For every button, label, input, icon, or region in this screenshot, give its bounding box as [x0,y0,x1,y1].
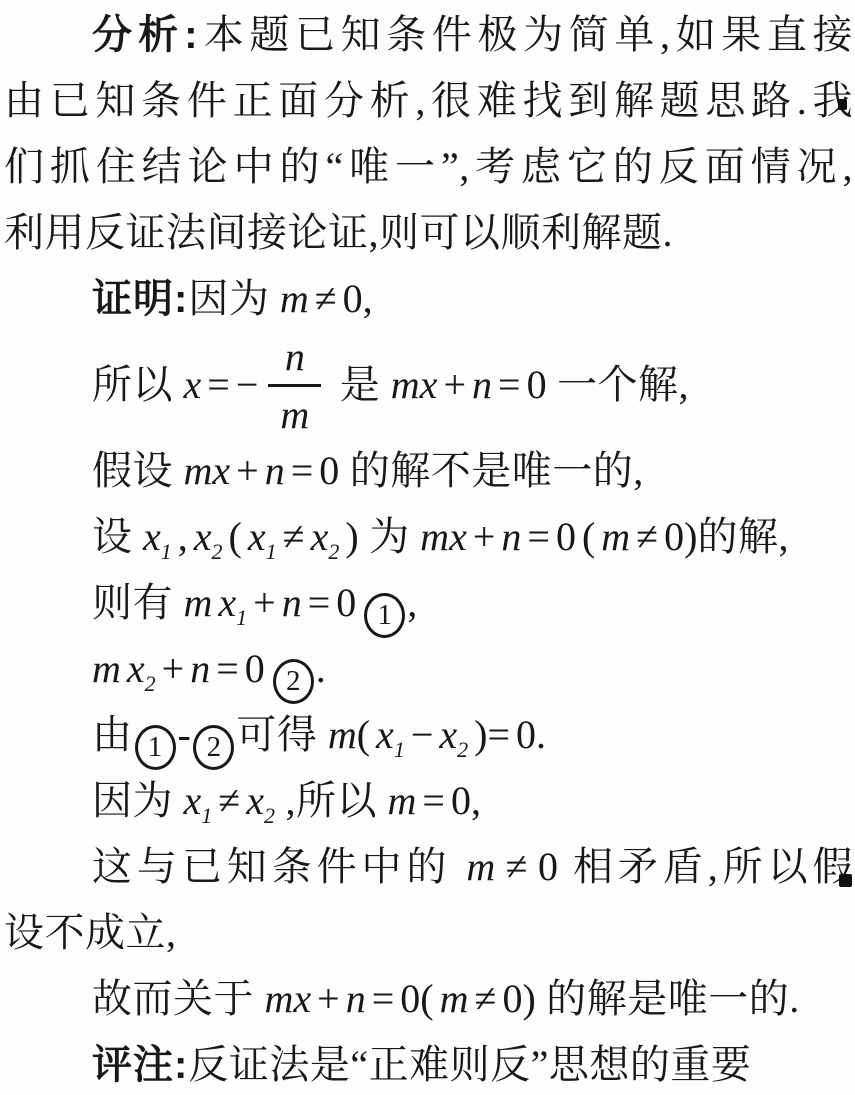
fraction-numerator: n [268,337,321,384]
math-expression: m ≠ 0 [466,844,558,889]
circled-number-1: 1 [135,725,176,770]
subscript: 2 [145,671,156,696]
section-header: 证明: [92,277,188,321]
math-expression: m( x1 − x2 )= 0 [328,712,536,757]
proof-line-2: 所以 x = − nm 是 mx + n = 0 一个解, [0,332,855,438]
text-run: 由 [92,712,133,757]
proof-document: 分析:本题已知条件极为简单,如果直接由已知条件正面分析,很难找到解题思路.我们抓… [0,2,855,1095]
text-run: . [316,646,327,691]
text-run: 们抓住结论中的“唯一”,考虑它的反面情况, [4,144,853,189]
subscript: 2 [328,539,339,564]
text-run: 的解是唯一的. [536,976,800,1021]
analysis-line-3: 们抓住结论中的“唯一”,考虑它的反面情况, [0,134,855,200]
text-run: , [471,778,482,823]
proof-line-6: m x2 + n = 0 2. [0,636,855,702]
math-expression: mx + n = 0( m ≠ 0) [265,976,536,1021]
circled-number-2: 2 [193,725,234,770]
text-run: ,所以 [275,778,388,823]
subscript: 1 [266,539,277,564]
analysis-line-2: 由已知条件正面分析,很难找到解题思路.我 [0,68,855,134]
text-run: , [363,276,374,321]
analysis-line-1: 分析:本题已知条件极为简单,如果直接 [0,2,855,68]
proof-line-9: 这与已知条件中的 m ≠ 0 相矛盾,所以假 [0,834,855,900]
subscript: 2 [457,737,468,762]
text-run: 是 [329,362,391,407]
math-expression: m x1 + n = 0 [184,580,363,625]
math-expression: m ≠ 0 [280,276,363,321]
proof-line-4: 设 x1 , x2 ( x1 ≠ x2 ) 为 mx + n = 0 ( m ≠… [0,504,855,570]
proof-line-1: 证明:因为 m ≠ 0, [0,266,855,332]
scan-artifact [839,874,852,887]
proof-line-8: 因为 x1 ≠ x2 ,所以 m = 0, [0,768,855,834]
math-expression: m = 0 [387,778,470,823]
text-run: 的解不是唯一的, [339,448,644,493]
text-run: 一个解, [547,362,690,407]
text-run: , [407,580,418,625]
text-run: - [178,712,192,757]
math-expression: m x2 + n = 0 [92,646,271,691]
section-header: 分析: [92,13,199,57]
subscript: 2 [212,539,223,564]
remark-line-1: 评注:反证法是“正难则反”思想的重要 [0,1032,855,1095]
text-run: 相矛盾,所以假 [558,844,853,889]
text-run: 的解, [697,514,789,559]
text-run: 设 [92,514,143,559]
text-run: 所以 [92,362,184,407]
circled-number-2: 2 [273,659,314,704]
proof-line-10: 设不成立, [0,900,855,966]
subscript: 1 [236,605,247,630]
text-run: 可得 [236,712,328,757]
proof-line-11: 故而关于 mx + n = 0( m ≠ 0) 的解是唯一的. [0,966,855,1032]
proof-line-5: 则有 m x1 + n = 0 1, [0,570,855,636]
analysis-line-4: 利用反证法间接论证,则可以顺利解题. [0,200,855,266]
scan-artifact [838,99,847,110]
section-header: 评注: [92,1043,188,1087]
subscript: 1 [201,803,212,828]
subscript: 1 [161,539,172,564]
math-expression: mx + n = 0 [391,362,547,407]
math-expression: mx + n = 0 ( m ≠ 0) [420,514,697,559]
text-run: 因为 [92,778,184,823]
text-run: 由已知条件正面分析,很难找到解题思路.我 [4,78,853,123]
text-run: 为 [359,514,421,559]
proof-line-3: 假设 mx + n = 0 的解不是唯一的, [0,438,855,504]
text-run: 这与已知条件中的 [92,844,466,889]
text-run: . [536,712,547,757]
math-expression: x = − [184,362,265,407]
math-expression: mx + n = 0 [184,448,340,493]
proof-line-7: 由1-2可得 m( x1 − x2 )= 0. [0,702,855,768]
text-run: 则有 [92,580,184,625]
math-expression: x1 ≠ x2 [184,778,275,823]
text-run: 反证法是“正难则反”思想的重要 [188,1042,751,1087]
text-run: 假设 [92,448,184,493]
subscript: 1 [394,737,405,762]
text-run: 因为 [188,276,280,321]
text-run: 本题已知条件极为简单,如果直接 [199,12,853,57]
text-run: 故而关于 [92,976,265,1021]
fraction-denominator: m [268,384,321,435]
fraction-n-over-m: nm [268,337,321,435]
text-run: 设不成立, [4,910,177,955]
math-expression: x1 , x2 ( x1 ≠ x2 ) [143,514,359,559]
subscript: 2 [264,803,275,828]
text-run: 利用反证法间接论证,则可以顺利解题. [4,210,673,255]
page: 分析:本题已知条件极为简单,如果直接由已知条件正面分析,很难找到解题思路.我们抓… [0,0,855,1095]
circled-number-1: 1 [364,593,405,638]
